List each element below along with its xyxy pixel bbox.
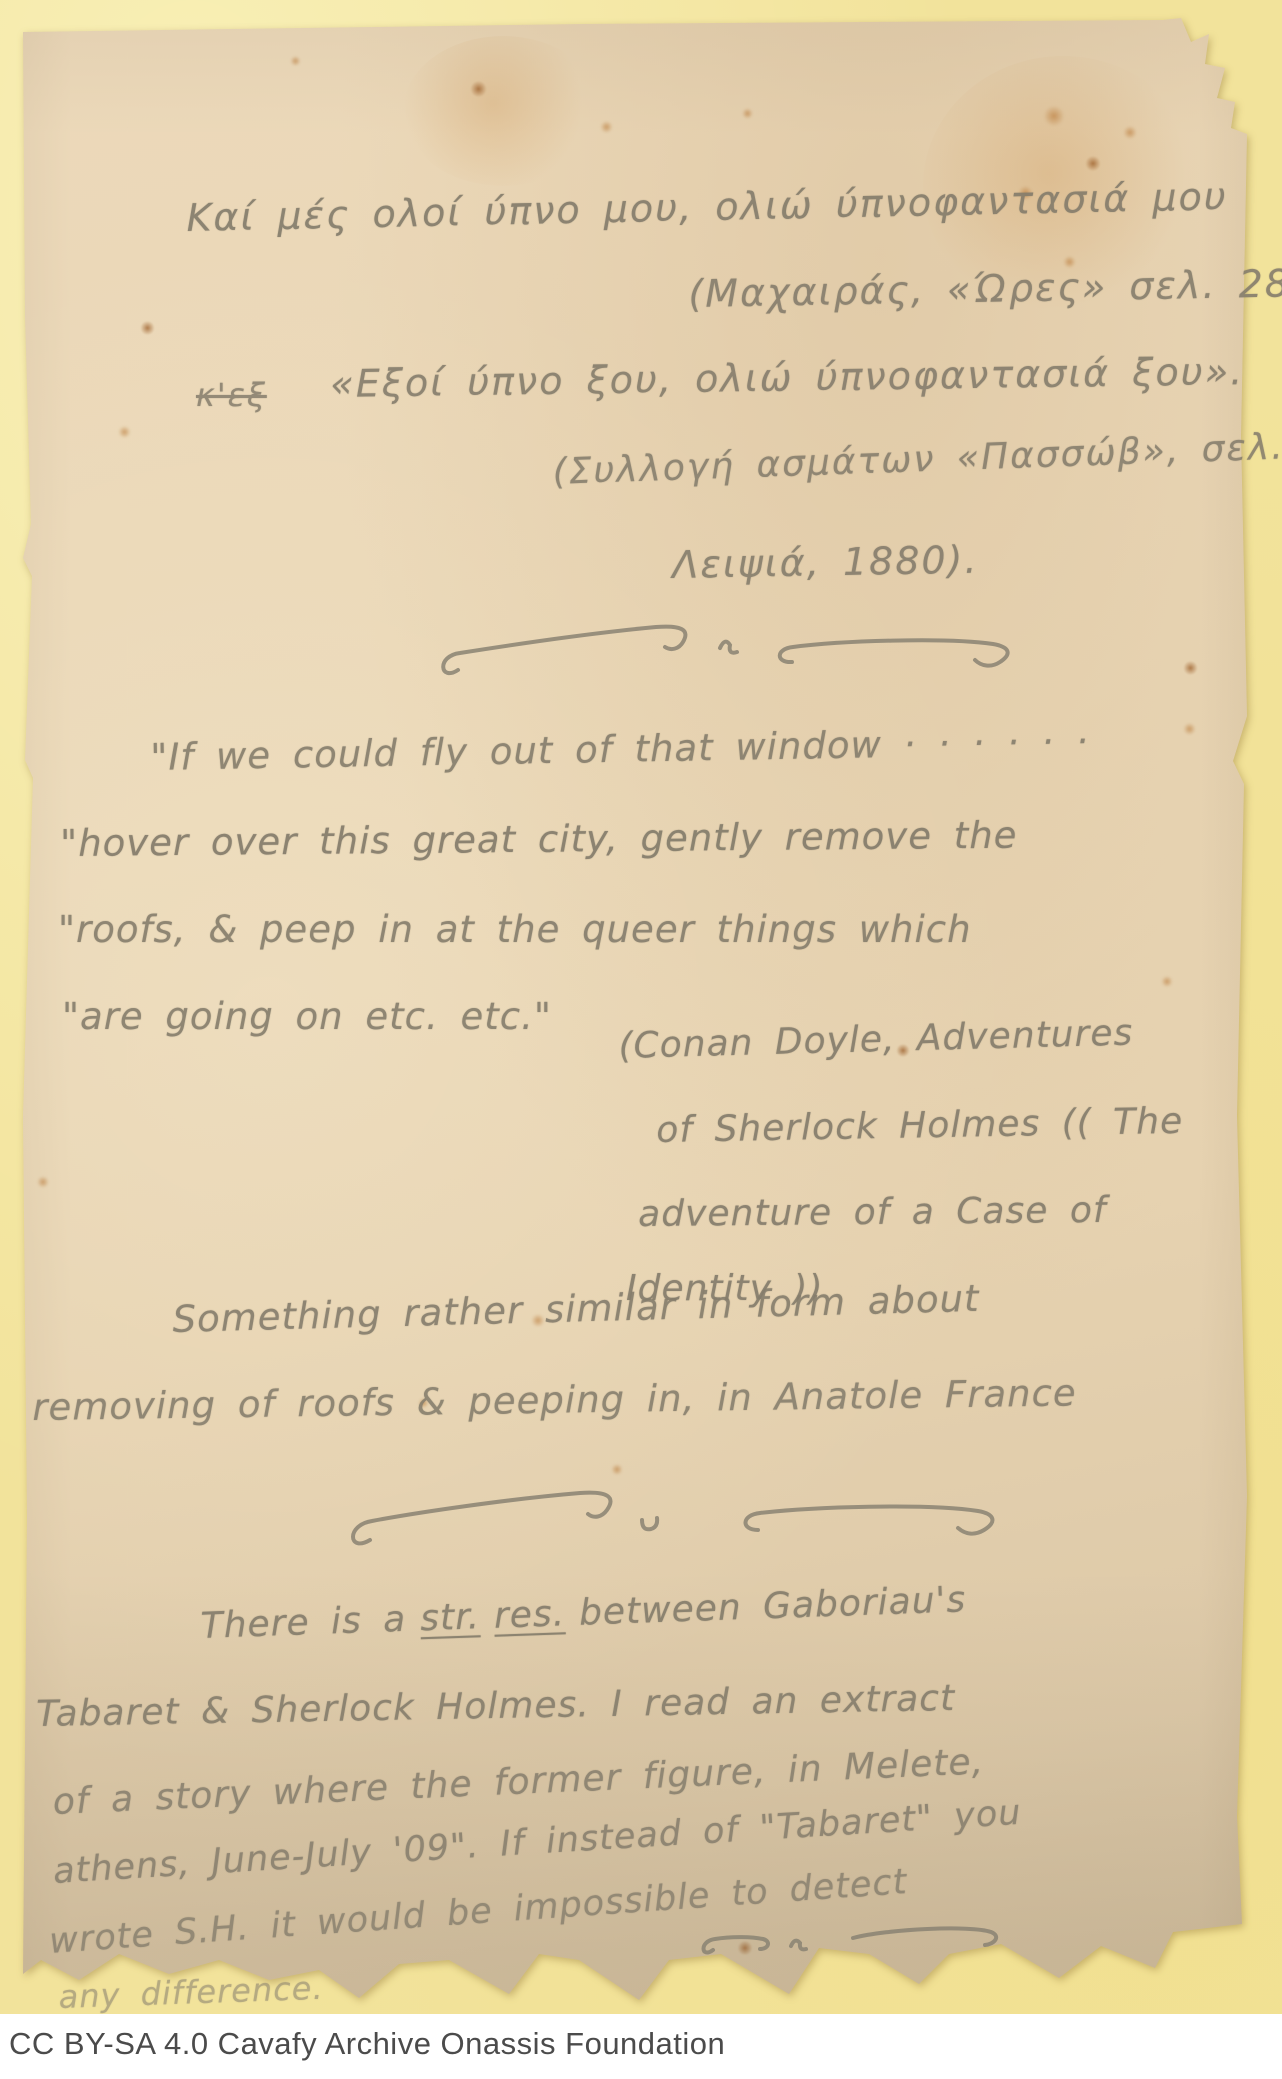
abbr-str: str.: [419, 1596, 480, 1639]
foxing-stain: [403, 36, 603, 186]
divider-flourish: [330, 1478, 1020, 1563]
foxing-stain: [1183, 723, 1196, 735]
foxing-stain: [118, 426, 131, 438]
foxing-stain: [470, 81, 487, 97]
foxing-stain: [1043, 106, 1065, 126]
foxing-stain: [611, 1464, 623, 1475]
foxing-stain: [140, 321, 155, 335]
foxing-stain: [742, 108, 753, 119]
foxing-stain: [290, 56, 301, 66]
abbr-res: res.: [493, 1593, 566, 1636]
doyle-quote-line-2: "hover over this great city, gently remo…: [60, 814, 1018, 865]
foxing-stain: [1183, 661, 1198, 675]
foxing-stain: [600, 121, 613, 133]
doyle-quote-line-4: "are going on etc. etc.": [62, 995, 552, 1038]
doyle-citation-line-3: adventure of a Case of: [638, 1190, 1107, 1235]
gaboriau-line1-text: There is a: [200, 1599, 407, 1647]
foxing-stain: [1123, 126, 1137, 139]
scanned-manuscript-view: Καί μές ολοί ύπνο μου, ολιώ ύπνοφαντασιά…: [0, 0, 1282, 2079]
closing-flourish: [595, 1908, 1005, 1968]
greek-citation-passow-line-2: Λειψιά, 1880).: [672, 538, 979, 587]
foxing-stain: [37, 1176, 49, 1188]
foxing-stain: [1085, 156, 1101, 171]
license-caption-bar: CC BY-SA 4.0 Cavafy Archive Onassis Foun…: [0, 2014, 1282, 2079]
struck-out-word: κ'εξ: [196, 376, 267, 414]
doyle-quote-line-3: "roofs, & peep in at the queer things wh…: [58, 908, 972, 951]
foxing-stain: [1161, 976, 1173, 987]
divider-flourish: [420, 618, 1020, 698]
license-caption-text: CC BY-SA 4.0 Cavafy Archive Onassis Foun…: [9, 2026, 725, 2062]
